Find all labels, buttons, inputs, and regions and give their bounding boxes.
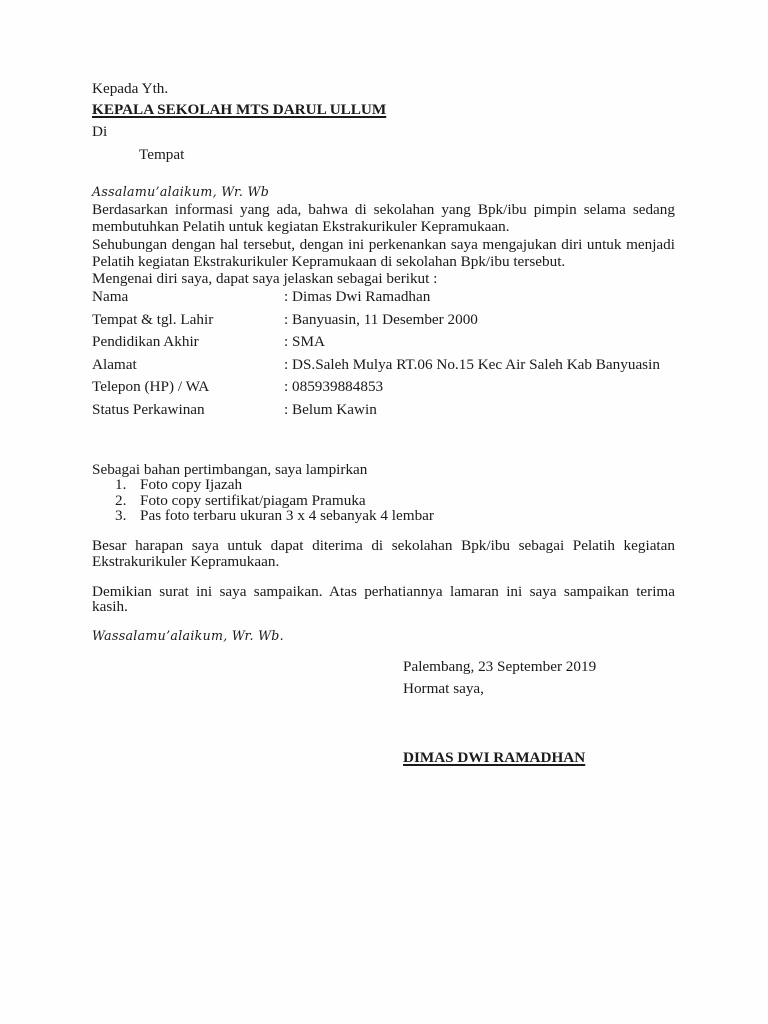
paragraph-2-line-2: Pelatih kegiatan Ekstrakurikuler Kepramu… — [92, 253, 565, 271]
detail-value: : Dimas Dwi Ramadhan — [284, 288, 430, 306]
detail-label: Pendidikan Akhir — [92, 333, 199, 351]
detail-value: : SMA — [284, 333, 325, 351]
detail-label: Alamat — [92, 356, 137, 374]
detail-value: : DS.Saleh Mulya RT.06 No.15 Kec Air Sal… — [284, 356, 660, 374]
detail-label: Status Perkawinan — [92, 401, 205, 419]
paragraph-1-line-1: Berdasarkan informasi yang ada, bahwa di… — [92, 201, 675, 219]
place-date: Palembang, 23 September 2019 — [403, 658, 596, 676]
recipient-prefix: Kepada Yth. — [92, 80, 168, 98]
list-text: Pas foto terbaru ukuran 3 x 4 sebanyak 4… — [140, 507, 434, 525]
paragraph-2-line-1: Sehubungan dengan hal tersebut, dengan i… — [92, 236, 675, 254]
opening-greeting: Assalamu’alaikum, Wr. Wb — [92, 183, 269, 201]
closing-greeting: Wassalamu’alaikum, Wr. Wb. — [92, 627, 284, 645]
detail-value: : 085939884853 — [284, 378, 383, 396]
detail-label: Nama — [92, 288, 128, 306]
detail-label: Tempat & tgl. Lahir — [92, 311, 213, 329]
paragraph-4-line-2: kasih. — [92, 598, 128, 616]
letter-page: Kepada Yth. KEPALA SEKOLAH MTS DARUL ULL… — [0, 0, 768, 1024]
paragraph-3-line-2: Ekstrakurikuler Kepramukaan. — [92, 553, 279, 571]
detail-value: : Belum Kawin — [284, 401, 377, 419]
detail-value: : Banyuasin, 11 Desember 2000 — [284, 311, 478, 329]
signatory-name: DIMAS DWI RAMADHAN — [403, 749, 585, 767]
paragraph-1-line-2: membutuhkan Pelatih untuk kegiatan Ekstr… — [92, 218, 510, 236]
recipient-place: Tempat — [139, 146, 184, 164]
paragraph-4-line-1: Demikian surat ini saya sampaikan. Atas … — [92, 583, 675, 601]
details-intro: Mengenai diri saya, dapat saya jelaskan … — [92, 270, 437, 288]
closing-text: Hormat saya, — [403, 680, 484, 698]
recipient-title: KEPALA SEKOLAH MTS DARUL ULLUM — [92, 101, 386, 119]
detail-label: Telepon (HP) / WA — [92, 378, 209, 396]
recipient-at: Di — [92, 123, 107, 141]
list-number: 3. — [115, 507, 126, 525]
